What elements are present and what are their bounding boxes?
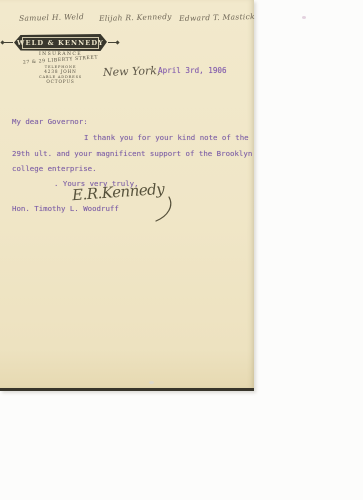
scan-smudge <box>149 381 154 384</box>
partner-name-mastick: Edward T. Mastick <box>179 12 255 23</box>
body-line-1: I thank you for your kind note of the <box>84 133 249 142</box>
typed-date: April 3rd, 1906 <box>158 66 227 75</box>
body-line-2: 29th ult. and your magnificent support o… <box>12 149 252 158</box>
letterhead-address-block: INSURANCE 27 & 29 LIBERTY STREET TELEPHO… <box>14 52 107 84</box>
ribbon-diamond-right-icon <box>115 40 119 44</box>
city-script: New York, <box>103 64 161 79</box>
recipient-line: Hon. Timothy L. Woodruff <box>12 204 119 213</box>
firm-name-ribbon: WELD & KENNEDY <box>14 34 107 51</box>
partner-name-weld: Samuel H. Weld <box>19 12 84 23</box>
ribbon-diamond-left-icon <box>0 40 4 44</box>
signature-flourish-icon <box>148 196 174 224</box>
scan-smudge <box>302 16 306 19</box>
cable-value: OCTOPUS <box>14 79 107 84</box>
telephone-value: 4238 JOHN <box>14 69 107 74</box>
salutation: My dear Governor: <box>12 117 88 126</box>
firm-name-ribbon-border: WELD & KENNEDY <box>22 37 99 49</box>
scan-background: Samuel H. Weld Elijah R. Kennedy Edward … <box>0 0 363 500</box>
partner-name-kennedy: Elijah R. Kennedy <box>99 12 172 23</box>
firm-name: WELD & KENNEDY <box>17 39 104 47</box>
body-line-3: college enterprise. <box>12 164 97 173</box>
letter-paper: Samuel H. Weld Elijah R. Kennedy Edward … <box>0 0 254 391</box>
